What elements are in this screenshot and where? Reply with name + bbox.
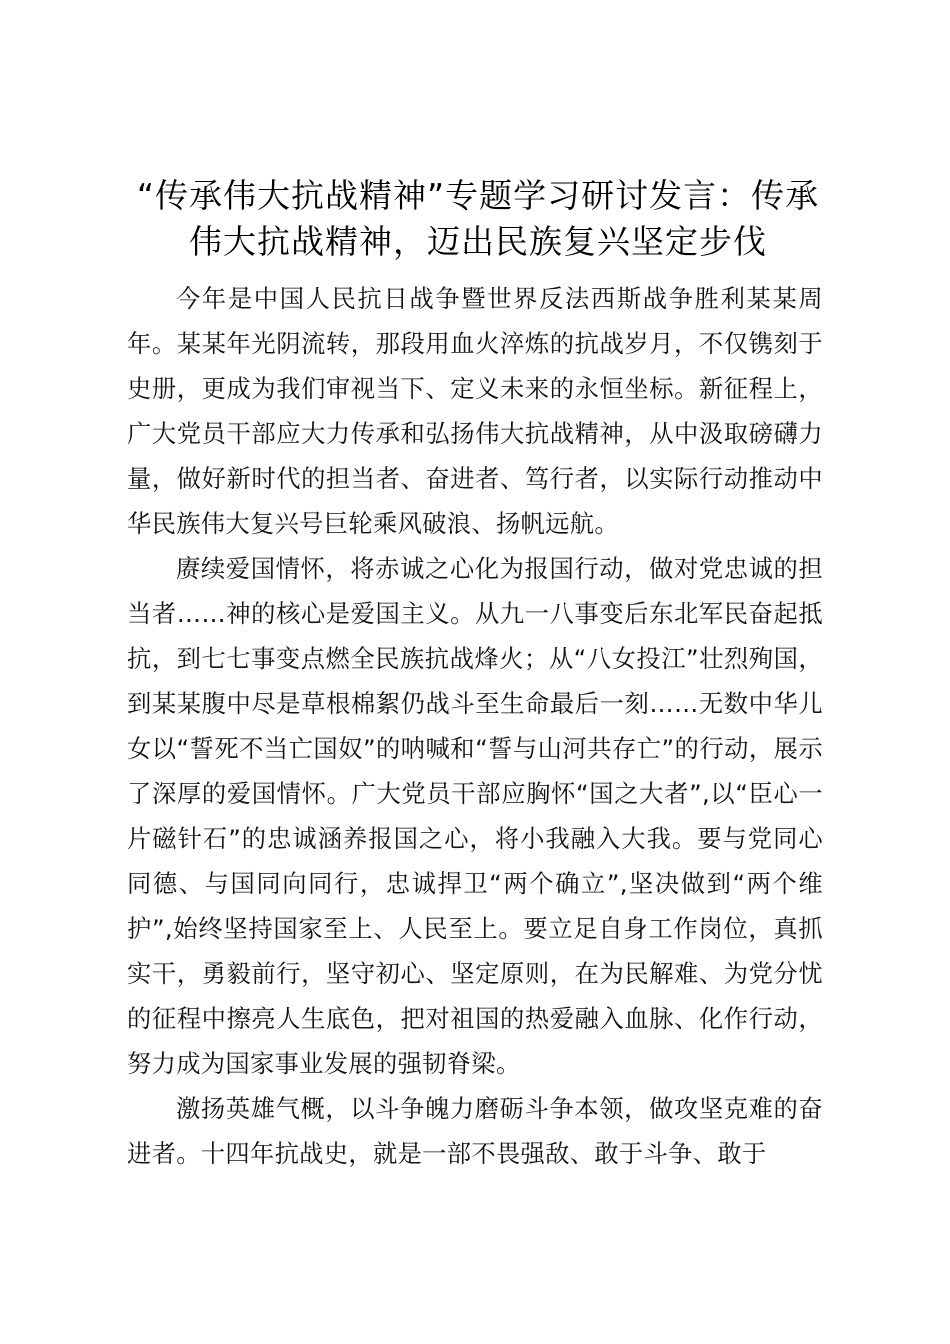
paragraph-patriotism: 赓续爱国情怀，将赤诚之心化为报国行动，做对党忠诚的担当者……神的核心是爱国主义。… (127, 546, 823, 1086)
document-body: 今年是中国人民抗日战争暨世界反法西斯战争胜利某某周年。某某年光阴流转，那段用血火… (127, 276, 823, 1176)
document-page: “传承伟大抗战精神”专题学习研讨发言：传承伟大抗战精神，迈出民族复兴坚定步伐 今… (0, 0, 950, 1344)
paragraph-intro: 今年是中国人民抗日战争暨世界反法西斯战争胜利某某周年。某某年光阴流转，那段用血火… (127, 276, 823, 546)
paragraph-heroism: 激扬英雄气概，以斗争魄力磨砺斗争本领，做攻坚克难的奋进者。十四年抗战史，就是一部… (127, 1086, 823, 1176)
document-title: “传承伟大抗战精神”专题学习研讨发言：传承伟大抗战精神，迈出民族复兴坚定步伐 (120, 173, 836, 265)
